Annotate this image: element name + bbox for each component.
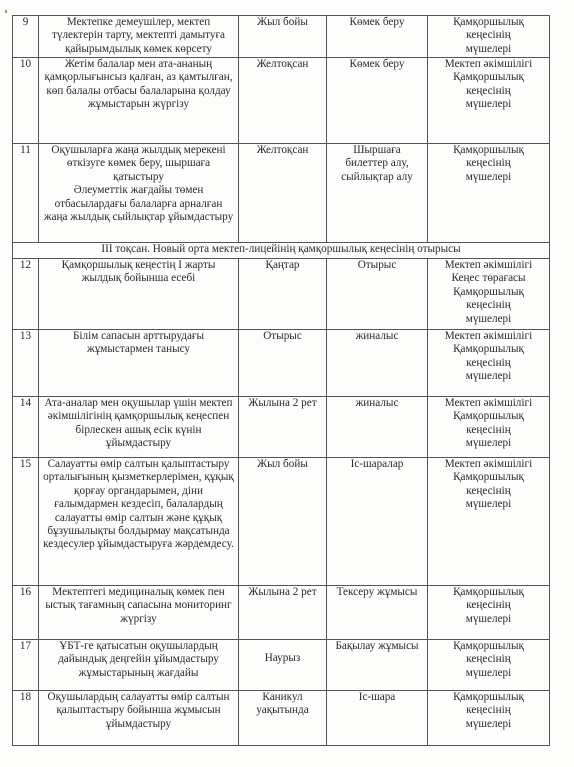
patronage-council-plan-table: 9 Мектепке демеушілер, мектеп түлектерін… [12,15,550,746]
table-row: 12 Қамқоршылық кеңестің І жарты жылдық б… [13,259,550,330]
table-row: 15 Салауатты өмір салтын қалыптастыру ор… [13,458,550,586]
event-time: Жылына 2 рет [239,586,327,640]
event-responsible: Қамқоршылық кеңесінің мүшелері [428,144,550,243]
event-description: Қамқоршылық кеңестің І жарты жылдық бойы… [39,259,239,330]
event-form: Іс-шаралар [327,458,428,586]
event-time: Жыл бойы [239,458,327,586]
event-description: Білім сапасын арттырудағы жұмыстармен та… [39,330,239,397]
table-row: 13 Білім сапасын арттырудағы жұмыстармен… [13,330,550,397]
scanned-document-page: 9 Мектепке демеушілер, мектеп түлектерін… [0,0,574,767]
event-form: Бақылау жұмысы [327,640,428,691]
event-form: Көмек беру [327,16,428,58]
event-form: жиналыс [327,397,428,458]
event-time: Наурыз [239,640,327,691]
event-form: Шыршаға билеттер алу, сыйлықтар алу [327,144,428,243]
event-time: Жылына 2 рет [239,397,327,458]
event-responsible: Мектеп әкімшілігі Қамқоршылық кеңесінің … [428,58,550,144]
event-responsible: Мектеп әкімшілігі Қамқоршылық кеңесінің … [428,397,550,458]
row-number: 17 [13,640,39,691]
event-description: ҰБТ-ге қатысатын оқушылардың дайындық де… [39,640,239,691]
event-form: Көмек беру [327,58,428,144]
section-header-row: III тоқсан. Новый орта мектеп-лицейінің … [13,243,550,259]
row-number: 16 [13,586,39,640]
event-responsible: Мектеп әкімшілігі Кеңес төрағасы Қамқорш… [428,259,550,330]
row-number: 9 [13,16,39,58]
event-description: Салауатты өмір салтын қалыптастыру ортал… [39,458,239,586]
event-responsible: Қамқоршылық кеңесінің мүшелері [428,640,550,691]
table-row: 16 Мектептегі медициналық көмек пен ысты… [13,586,550,640]
event-responsible: Мектеп әкімшілігі Қамқоршылық кеңесінің … [428,330,550,397]
event-responsible: Мектеп әкімшілігі Қамқоршылық кеңесінің … [428,458,550,586]
row-number: 12 [13,259,39,330]
row-number: 14 [13,397,39,458]
row-number: 10 [13,58,39,144]
event-time: Желтоқсан [239,144,327,243]
event-time: Қаңтар [239,259,327,330]
row-number: 18 [13,691,39,746]
table-row: 14 Ата-аналар мен оқушылар үшін мектеп ә… [13,397,550,458]
row-number: 11 [13,144,39,243]
event-description: Ата-аналар мен оқушылар үшін мектеп әкім… [39,397,239,458]
event-description: Оқушылардың салауатты өмір салтын қалыпт… [39,691,239,746]
event-time: Желтоқсан [239,58,327,144]
event-responsible: Қамқоршылық кеңесінің мүшелері [428,16,550,58]
row-number: 15 [13,458,39,586]
event-form: жиналыс [327,330,428,397]
table-row: 9 Мектепке демеушілер, мектеп түлектерін… [13,16,550,58]
table-row: 18 Оқушылардың салауатты өмір салтын қал… [13,691,550,746]
table-row: 10 Жетім балалар мен ата-ананың қамқорлы… [13,58,550,144]
event-description: Оқушыларға жаңа жылдық мерекені өткізуге… [39,144,239,243]
event-description: Жетім балалар мен ата-ананың қамқорлығын… [39,58,239,144]
table-row: 11 Оқушыларға жаңа жылдық мерекені өткіз… [13,144,550,243]
event-description: Мектепке демеушілер, мектеп түлектерін т… [39,16,239,58]
event-form: Отырыс [327,259,428,330]
event-time: Жыл бойы [239,16,327,58]
event-form: Тексеру жұмысы [327,586,428,640]
event-responsible: Қамқоршылық кеңесінің мүшелері [428,586,550,640]
event-time: Каникул уақытында [239,691,327,746]
table-row: 17 ҰБТ-ге қатысатын оқушылардың дайындық… [13,640,550,691]
event-time: Отырыс [239,330,327,397]
row-number: 13 [13,330,39,397]
event-responsible: Қамқоршылық кеңесінің мүшелері [428,691,550,746]
scan-speck [5,10,7,13]
section-header: III тоқсан. Новый орта мектеп-лицейінің … [13,243,550,259]
event-description: Мектептегі медициналық көмек пен ыстық т… [39,586,239,640]
event-form: Іс-шара [327,691,428,746]
